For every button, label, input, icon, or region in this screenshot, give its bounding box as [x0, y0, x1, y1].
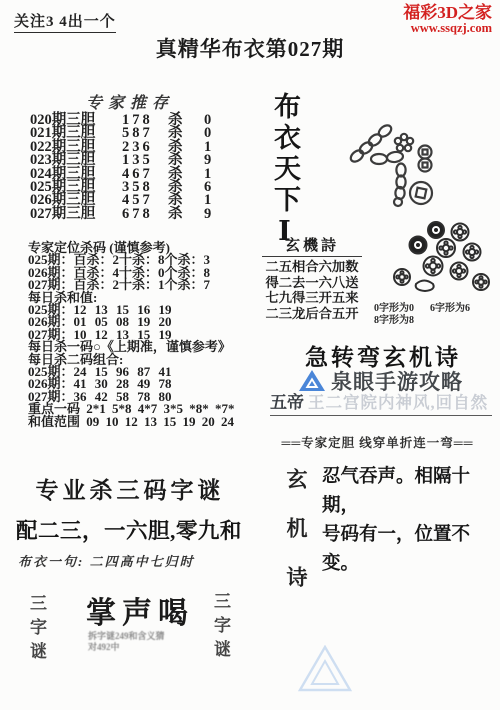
- riddle3-buyi-line: 布衣一句: 二四高中七归时: [18, 551, 195, 570]
- word-riddle-note: 拆字谜249和含义猜 对492中: [88, 631, 165, 653]
- recommend-table: 020期三胆178杀0 021期三胆587杀0 022期三胆236杀1 023期…: [30, 114, 240, 221]
- row-kill: 9: [204, 208, 220, 221]
- focus-note: 关注3 4出一个: [14, 10, 116, 33]
- table-row: 027期三胆678杀9: [30, 208, 240, 221]
- prediction-block: 专家定位杀码 (谨慎参考) 025期：百杀：2十杀：8个杀：3 026期：百杀：…: [28, 242, 250, 428]
- mystic-poem-line: 七九得三开五来: [262, 290, 362, 306]
- coin-caption-six: 6字形为6: [430, 303, 470, 314]
- word-riddle-note-line: 拆字谜249和含义猜: [88, 631, 165, 642]
- bead-chain-diagram: [335, 100, 455, 215]
- buyi-tianxia-title: 布衣天下Ⅰ: [266, 92, 305, 257]
- bottom-poem-label: 玄机诗: [281, 468, 311, 615]
- page-title: 真精华布衣第027期: [0, 33, 500, 63]
- recommend-title: 专家推存: [14, 90, 246, 113]
- turn-poem-verse: 五帝 王二宫院内神风,回自然: [270, 388, 492, 416]
- expert-divider-line: ══专家定胆 线穿单折连一弯══: [255, 433, 500, 451]
- turn-poem-faded-text: 王二宫院内神风,回自然: [308, 393, 488, 412]
- bottom-poem-text: 忍气吞声。相隔十期， 号码有一，位置不变。: [322, 463, 500, 579]
- sum-range-line: 和值范围 09 10 12 13 15 19 20 24: [28, 416, 250, 428]
- coin-caption: 0字形为06字形为6 8字形为8: [374, 303, 470, 327]
- coin-caption-zero: 0字形为0: [374, 303, 414, 314]
- site-logo: 福彩3D之家 www.ssqzj.com: [403, 4, 492, 35]
- word-riddle-label-left: 三字谜: [24, 594, 49, 666]
- mystic-poem-line: 二三龙后合五开: [262, 306, 362, 322]
- coin-caption-eight: 8字形为8: [374, 315, 470, 327]
- row-period: 027期三胆: [30, 208, 122, 221]
- turn-poem-prefix: 五帝: [270, 393, 304, 412]
- row-numbers: 678: [122, 208, 168, 221]
- riddle3-title: 专业杀三码字谜: [14, 472, 246, 505]
- mystic-poem-title: 玄機詩: [262, 234, 362, 257]
- word-riddle-answer: 掌声喝: [86, 588, 194, 632]
- word-riddle-label-right: 三字谜: [208, 592, 233, 664]
- coin-cluster-diagram: [388, 217, 500, 303]
- site-logo-title: 福彩3D之家: [403, 4, 492, 22]
- faint-triangle-watermark-icon: [298, 645, 352, 693]
- bottom-poem-line: 忍气吞声。相隔十期，: [322, 463, 500, 521]
- mystic-poem-line: 得二去一六八送: [262, 275, 362, 291]
- mystic-poem-line: 二五相合六加数: [262, 259, 362, 275]
- mystic-poem: 玄機詩 二五相合六加数 得二去一六八送 七九得三开五来 二三龙后合五开: [262, 234, 362, 321]
- riddle3-main: 配二三，一六胆,零九和: [16, 514, 248, 545]
- bottom-poem-line: 号码有一，位置不变。: [322, 521, 500, 579]
- row-kill-label: 杀: [168, 208, 204, 221]
- word-riddle-note-line: 对492中: [88, 642, 165, 653]
